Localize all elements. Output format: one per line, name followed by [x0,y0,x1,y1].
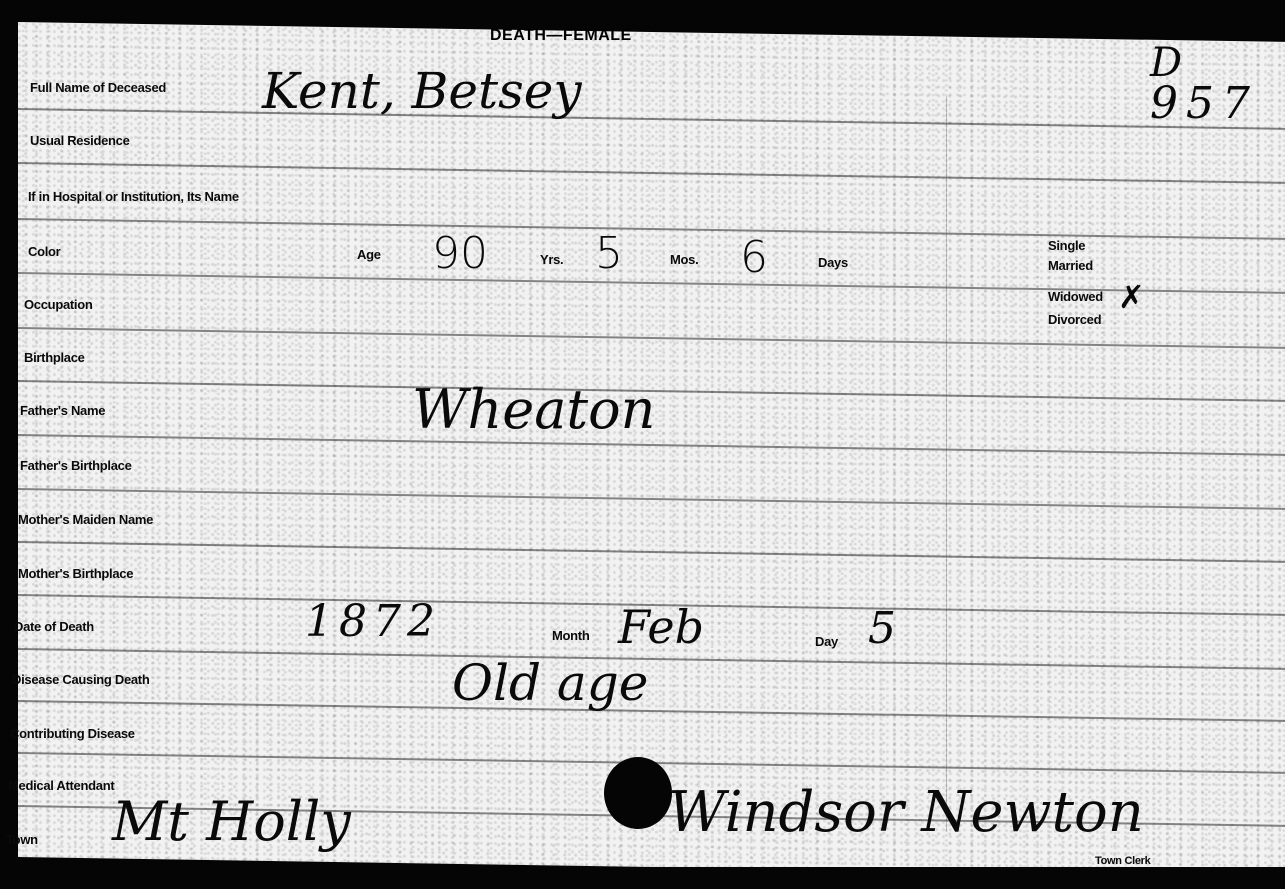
rule-line [18,541,1285,563]
value-age-days: 6 [740,232,768,283]
label-mothers-maiden-name: Mother's Maiden Name [18,512,153,527]
label-hospital: If in Hospital or Institution, Its Name [28,189,239,204]
value-age-years: 90 [432,228,488,279]
rule-line [18,327,1285,349]
value-disease-causing-death: Old age [452,654,648,712]
label-fathers-name: Father's Name [20,403,105,418]
punch-hole [604,757,672,829]
label-usual-residence: Usual Residence [30,133,130,148]
label-date-of-death: Date of Death [14,619,94,634]
marital-status-married: Married [1048,256,1093,276]
label-day: Day [815,634,838,649]
label-occupation: Occupation [24,297,93,312]
label-fathers-birthplace: Father's Birthplace [20,458,132,473]
value-fathers-name: Wheaton [412,378,655,441]
rule-line [18,700,1285,722]
value-death-month: Feb [618,600,704,654]
label-full-name: Full Name of Deceased [30,80,166,95]
label-months: Mos. [670,252,698,267]
label-town-clerk: Town Clerk [1095,855,1150,867]
value-death-day: 5 [868,603,896,654]
card-title: DEATH—FEMALE [490,27,632,45]
widowed-check-mark: ✗ [1118,278,1145,316]
scan-border-left [0,0,20,889]
death-record-card [18,22,1285,877]
rule-line [18,108,1285,130]
scan-border-bottom [0,867,1285,889]
rule-line [18,162,1285,184]
marital-status-divorced: Divorced [1048,310,1101,330]
rule-line [18,488,1285,510]
marital-status-single: Single [1048,236,1085,256]
label-years: Yrs. [540,252,563,267]
value-age-months: 5 [595,228,623,279]
label-contributing-disease: Contributing Disease [10,726,135,741]
label-medical-attendant: Medical Attendant [8,778,114,793]
value-town: Mt Holly [112,790,351,853]
label-age: Age [357,247,381,262]
fold-line [946,97,947,832]
rule-line [18,218,1285,240]
label-month: Month [552,628,589,643]
label-mothers-birthplace: Mother's Birthplace [18,566,133,581]
label-disease-causing-death: Disease Causing Death [12,672,149,687]
label-days: Days [818,255,848,270]
label-birthplace: Birthplace [24,350,85,365]
value-full-name: Kent, Betsey [262,62,582,120]
marital-status-widowed: Widowed [1048,287,1103,307]
file-number: 957 [1150,78,1258,129]
label-town: Town [6,832,38,847]
value-death-year: 1872 [305,596,441,647]
value-town-clerk: Windsor Newton [668,780,1144,845]
label-color: Color [28,244,60,259]
